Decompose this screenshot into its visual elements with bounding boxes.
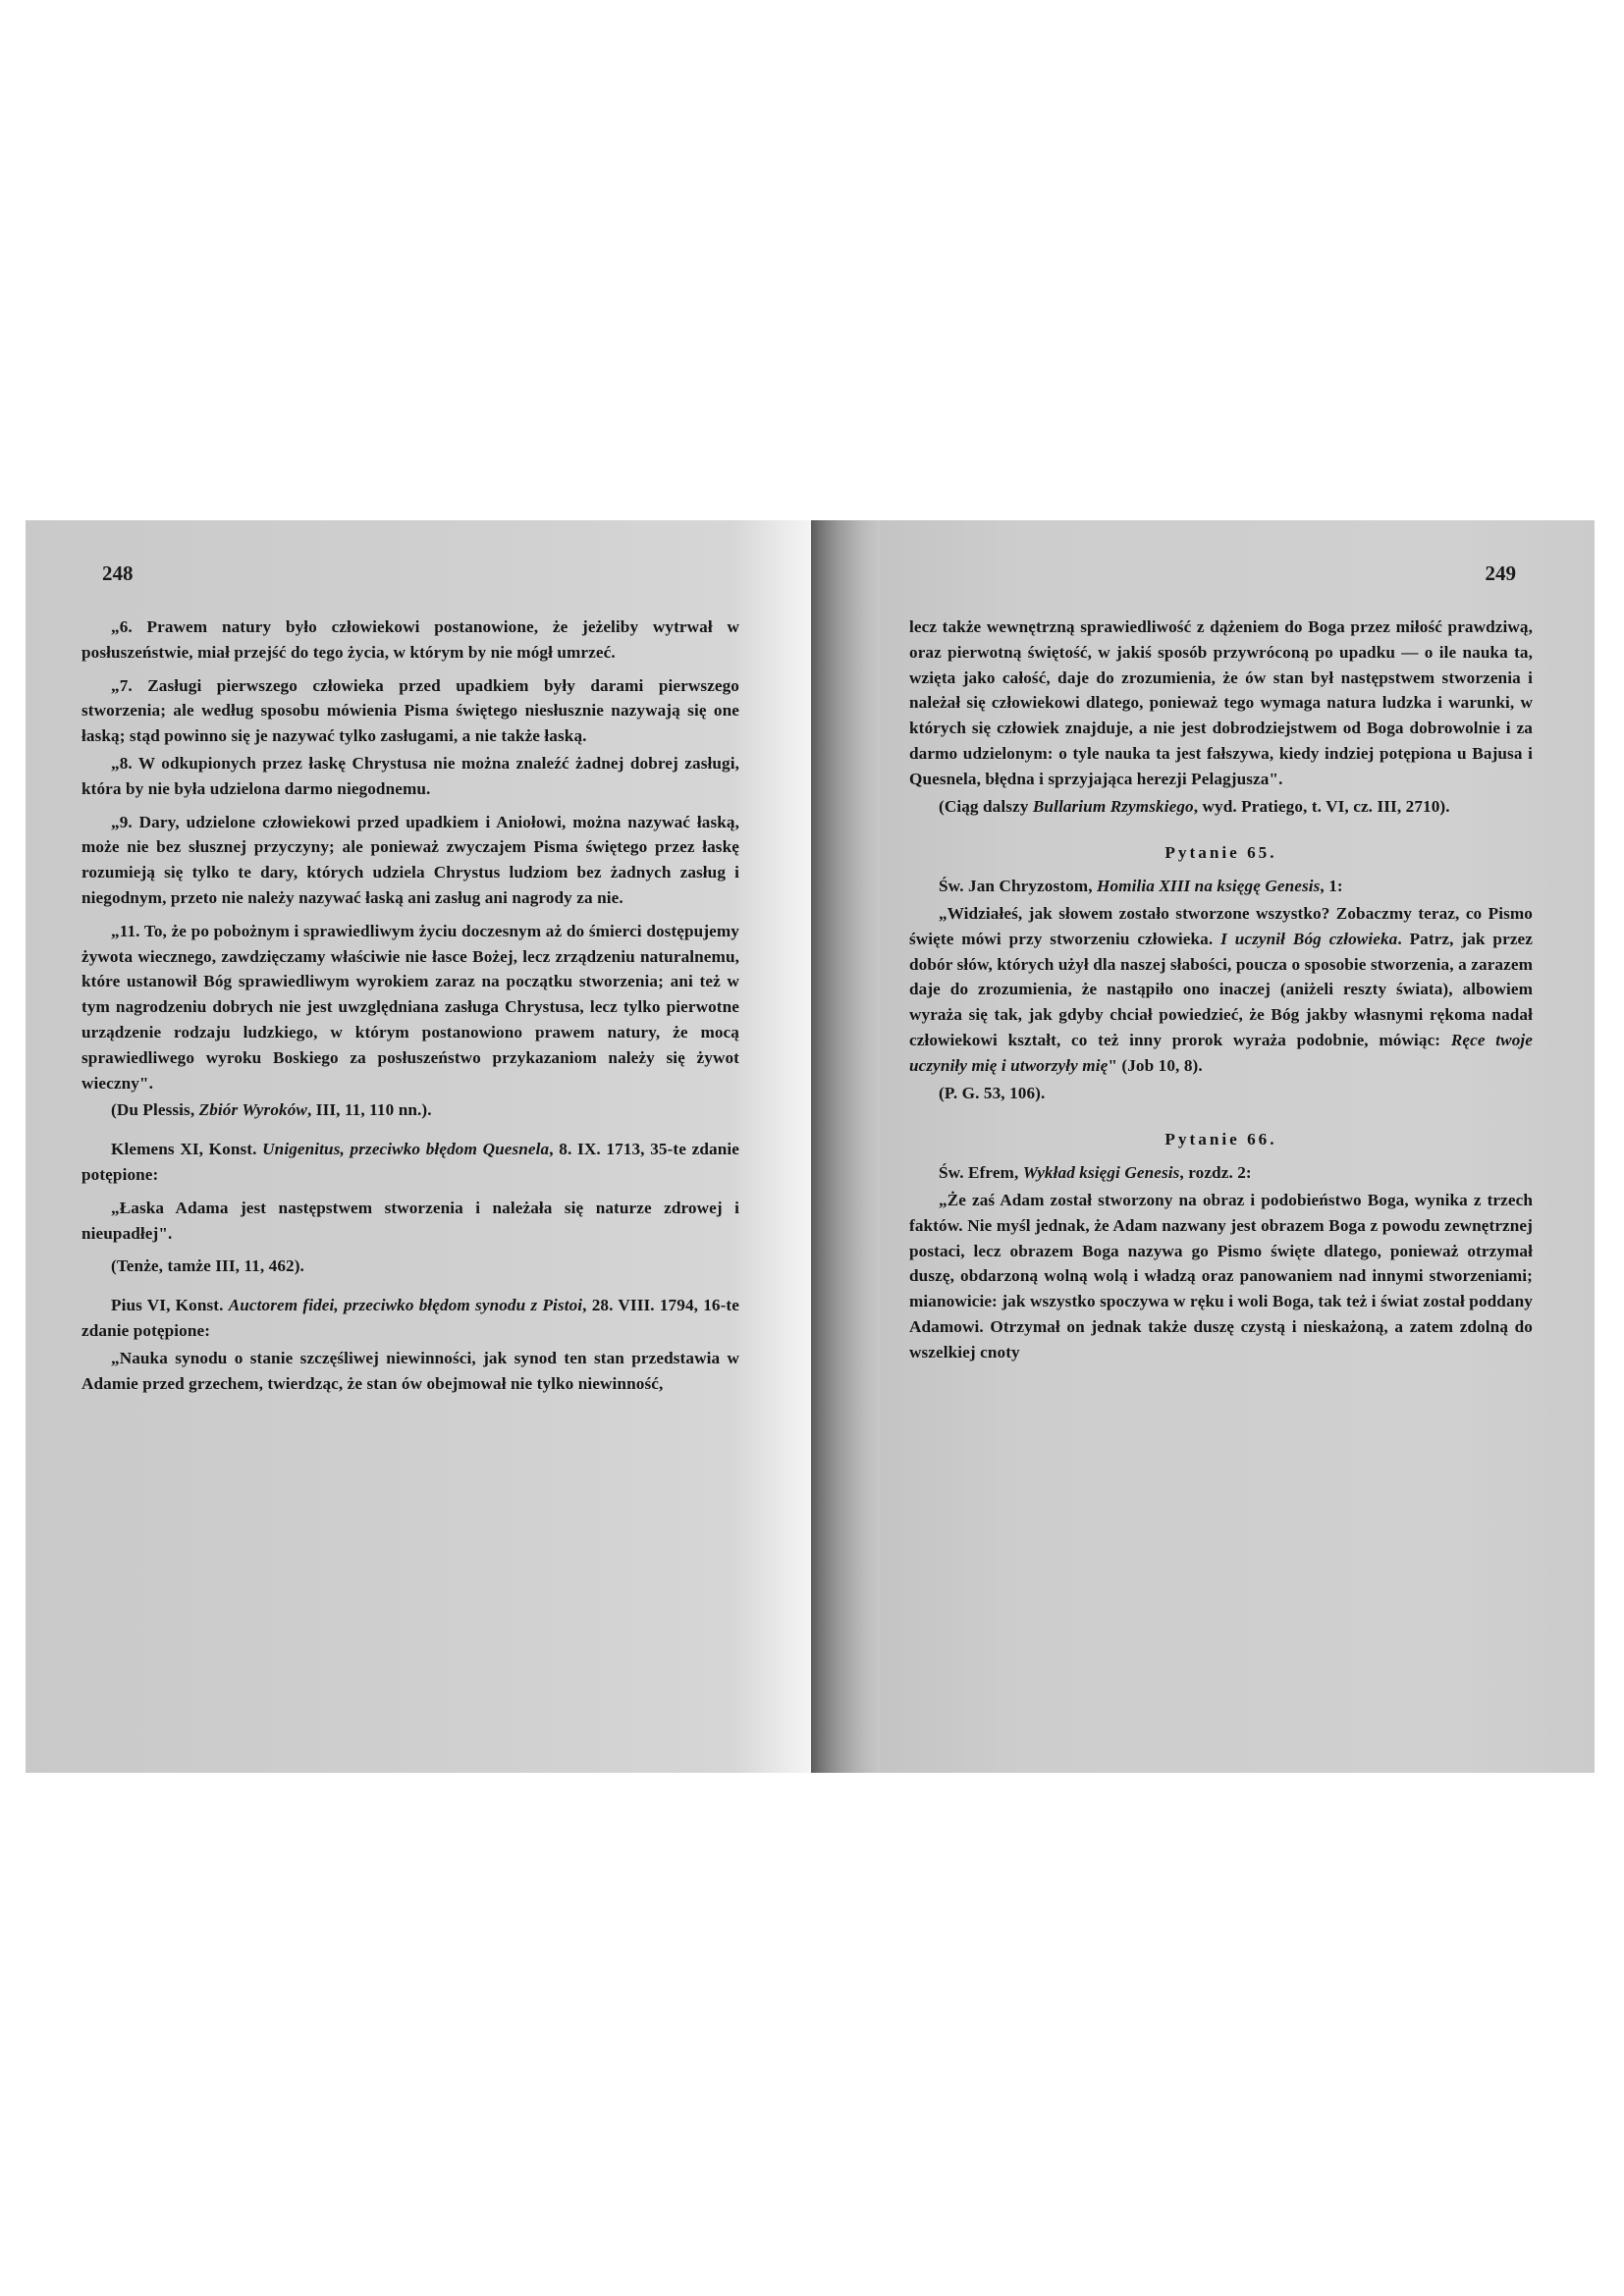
left-page-body: „6. Prawem natury było człowiekowi posta…: [81, 614, 739, 1404]
left-page: 248 „6. Prawem natury było człowiekowi p…: [26, 520, 811, 1773]
quote-efrem: „Że zaś Adam został stworzony na obraz i…: [909, 1188, 1533, 1365]
source-klemens-xi: Klemens XI, Konst. Unigenitus, przeciwko…: [81, 1137, 739, 1188]
right-page-body: lecz także wewnętrzną sprawiedliwość z d…: [909, 614, 1533, 1373]
source-chryzostom: Św. Jan Chryzostom, Homilia XIII na księ…: [909, 874, 1533, 899]
paragraph-continuation: lecz także wewnętrzną sprawiedliwość z d…: [909, 614, 1533, 792]
citation-pg: (P. G. 53, 106).: [909, 1081, 1533, 1106]
paragraph-6: „6. Prawem natury było człowiekowi posta…: [81, 614, 739, 666]
paragraph-7: „7. Zasługi pierwszego człowieka przed u…: [81, 673, 739, 749]
quote-laska-adama: „Łaska Adama jest następstwem stworzenia…: [81, 1196, 739, 1247]
source-pius-vi: Pius VI, Konst. Auctorem fidei, przeciwk…: [81, 1293, 739, 1344]
heading-pytanie-66: Pytanie 66.: [909, 1127, 1533, 1152]
source-efrem: Św. Efrem, Wykład księgi Genesis, rozdz.…: [909, 1160, 1533, 1186]
right-page: 249 lecz także wewnętrzną sprawiedliwość…: [880, 520, 1595, 1773]
page-number-right: 249: [1486, 561, 1517, 586]
citation-bullarium: (Ciąg dalszy Bullarium Rzymskiego, wyd. …: [909, 794, 1533, 820]
heading-pytanie-65: Pytanie 65.: [909, 840, 1533, 866]
book-gutter: [811, 520, 880, 1773]
paragraph-9: „9. Dary, udzielone człowiekowi przed up…: [81, 810, 739, 911]
paragraph-11: „11. To, że po pobożnym i sprawiedliwym …: [81, 919, 739, 1096]
book-spread-scan: 248 „6. Prawem natury było człowiekowi p…: [26, 520, 1595, 1773]
citation-du-plessis: (Du Plessis, Zbiór Wyroków, III, 11, 110…: [81, 1097, 739, 1123]
quote-nauka-synodu: „Nauka synodu o stanie szczęśliwej niewi…: [81, 1346, 739, 1397]
citation-tenze: (Tenże, tamże III, 11, 462).: [81, 1254, 739, 1279]
quote-chryzostom: „Widziałeś, jak słowem zostało stworzone…: [909, 901, 1533, 1079]
paragraph-8: „8. W odkupionych przez łaskę Chrystusa …: [81, 751, 739, 802]
page-number-left: 248: [102, 561, 134, 586]
